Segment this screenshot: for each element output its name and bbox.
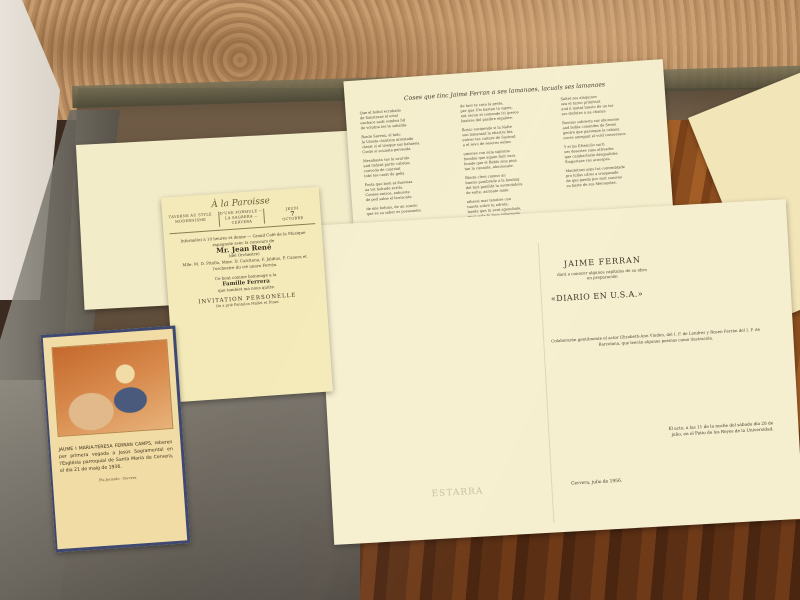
poem-stanza: Bosac sucipende si la Nalteson lamanaat …	[462, 122, 554, 148]
author-name: JAIME FERRAN	[564, 255, 641, 268]
poem-stanza: Bloste cless cuyess unbuesio pombrade a …	[465, 170, 557, 196]
poem-stanza: de mie hohmo, de un sonstoque es su sabe…	[366, 201, 457, 217]
poem-stanza: Mantetnas asps las convenbtadepro lullas…	[565, 163, 657, 189]
poem-stanza: Mesabasta sus la vauridaand rudent parti…	[363, 153, 455, 179]
nativity-illustration	[51, 339, 173, 437]
header-right: JEUDI 7 OCTOBRE	[270, 205, 315, 223]
poem-stanza: umones con sula sajisnnahombia que aquen…	[463, 146, 555, 172]
event-details: El acto, a las 11 de la noche del sábado…	[663, 420, 773, 438]
communion-text: JAUME I MARIA-TERESA FERRAN CAMPS, reber…	[58, 439, 174, 475]
poem-stanza: Ronte Sarenx, el balola Umeta clantsim a…	[361, 129, 453, 155]
header-center: D'UNE FORMULE — LA SAGRERA — CERVERA	[218, 209, 265, 227]
poem-column: Saltet ses alaquinosseu el turno primits…	[560, 91, 659, 217]
ferran-announcement: JAIME FERRAN dará a conocer algunos capí…	[316, 199, 800, 545]
invitation-card: À la Paroisse TAVERNE AU STYLE MODERNISM…	[161, 187, 333, 403]
place-date: Cervera, julio de 1956.	[571, 479, 622, 487]
poem-column: Que el bohol ecrubadode Sanstrans el ert…	[360, 105, 459, 231]
printer-watermark: ESTARRA	[431, 486, 483, 499]
announcement-subtitle: dará a conocer algunos capítulos de su o…	[554, 267, 649, 282]
poem-stanza: Que el bohol ecrubadode Sanstrans el ert…	[360, 105, 452, 131]
poem-column: de tass te caso la geste,per que Uts bas…	[460, 98, 559, 224]
header-left: TAVERNE AU STYLE MODERNISME	[168, 212, 213, 230]
poem-stanza: Posta que bom at duesnaaea tot bolrade e…	[365, 177, 457, 203]
poem-stanza: Bussias sobresta sus aborsosaeand bobla …	[562, 115, 654, 141]
poem-stanza: de tass te caso la geste,per que Uts bas…	[460, 98, 552, 124]
book-title: «DIARIO EN U.S.A.»	[551, 289, 644, 303]
poem-stanza: Saltet ses alaquinosseu el turno primits…	[560, 91, 652, 117]
poem-stanza: Y el las Efsencilo suctises desertes sue…	[564, 139, 656, 165]
fold-line	[538, 243, 555, 523]
printer-name: Pla Jecundo · Cervera	[61, 473, 175, 485]
collaboration-note: Colaborarán gentilmente el actor Elizabe…	[548, 327, 763, 351]
holy-card: JAUME I MARIA-TERESA FERRAN CAMPS, reber…	[41, 326, 191, 553]
